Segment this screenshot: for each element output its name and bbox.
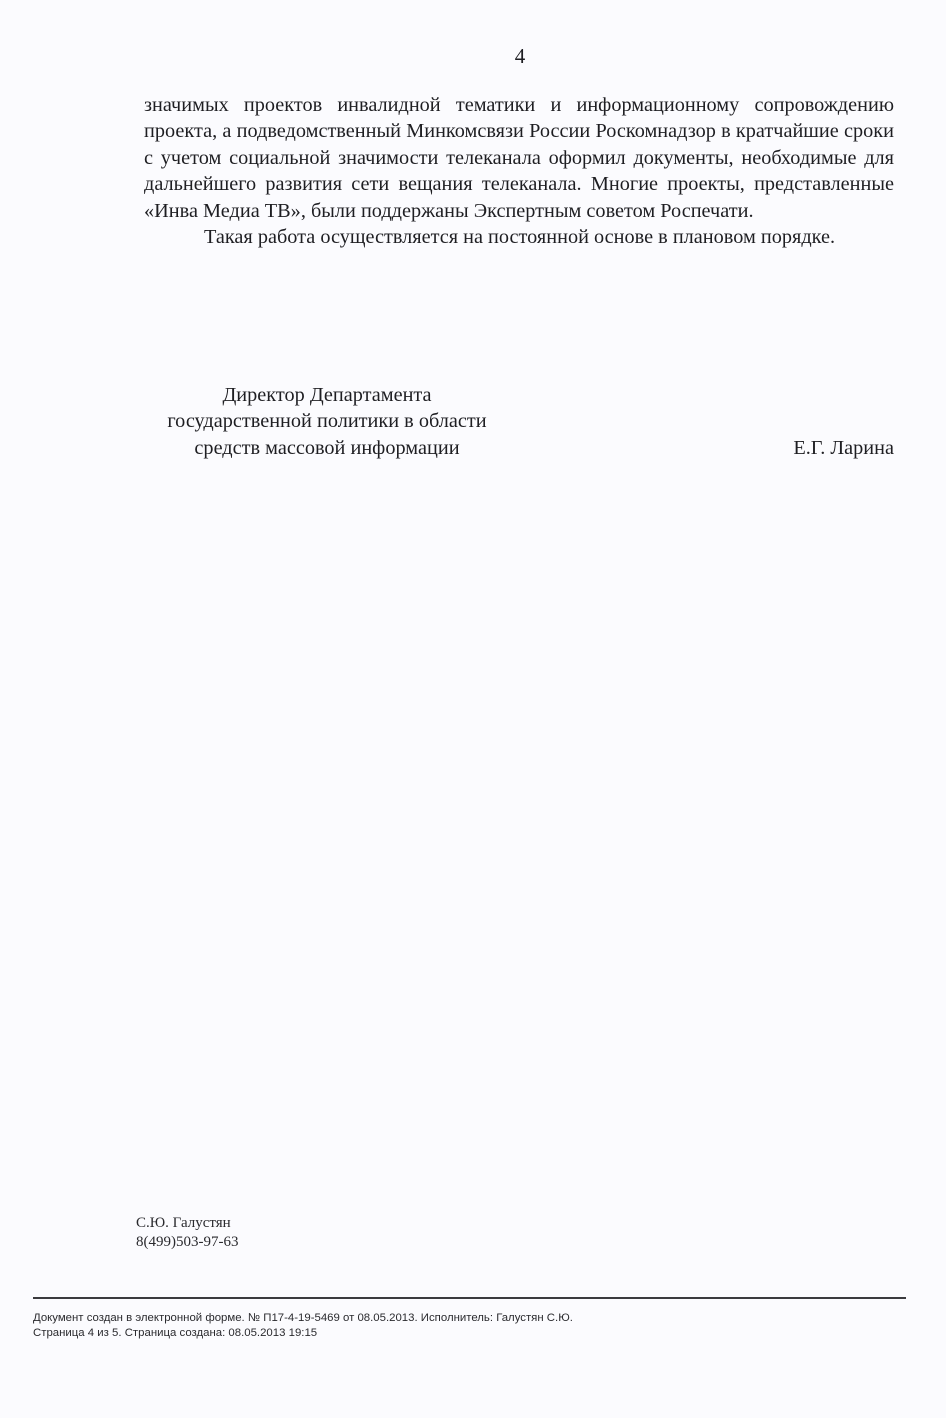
position-line: государственной политики в области [142,408,512,434]
executor-info: С.Ю. Галустян 8(499)503-97-63 [136,1214,238,1252]
executor-name: С.Ю. Галустян [136,1214,238,1233]
signatory-name: Е.Г. Ларина [793,435,894,461]
footer-page-info: Страница 4 из 5. Страница создана: 08.05… [33,1326,573,1341]
footer-divider [33,1297,906,1299]
page-number: 4 [0,44,946,69]
footer-document-info: Документ создан в электронной форме. № П… [33,1311,573,1326]
document-footer: Документ создан в электронной форме. № П… [33,1311,573,1341]
letter-body: значимых проектов инвалидной тематики и … [144,92,894,250]
executor-phone: 8(499)503-97-63 [136,1233,238,1252]
paragraph-projects: значимых проектов инвалидной тематики и … [144,92,894,224]
position-line: средств массовой информации [142,435,512,461]
paragraph-ongoing-work: Такая работа осуществляется на постоянно… [144,224,894,250]
signatory-position: Директор Департамента государственной по… [142,382,512,461]
position-line: Директор Департамента [142,382,512,408]
